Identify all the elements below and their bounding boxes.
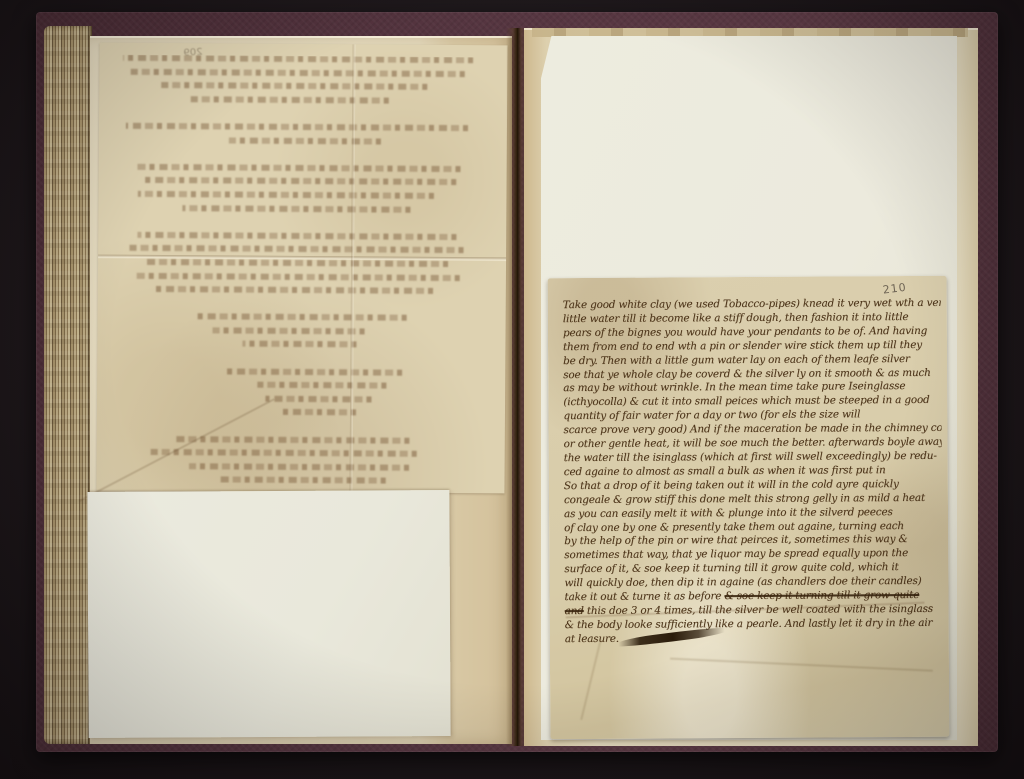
left-page: 209: [90, 36, 512, 744]
bleedthrough-line: [137, 232, 456, 240]
fore-edge-page-stack: [44, 26, 92, 744]
bleedthrough-line: [183, 205, 411, 213]
bleedthrough-line: [280, 409, 356, 416]
bleedthrough-line: [227, 368, 402, 375]
bleedthrough-line: [151, 449, 417, 457]
bleedthrough-line: [123, 55, 473, 63]
bleedthrough-line: [243, 341, 357, 348]
bleedthrough-line: [161, 82, 427, 90]
bleedthrough-line: [152, 286, 433, 294]
pasted-recipe-note: 210 Take good white clay (we used Tobacc…: [548, 276, 950, 739]
bleedthrough-line: [133, 272, 460, 280]
recipe-line: & the body looke sufficiently like a pea…: [565, 617, 943, 633]
bleedthrough-line: [258, 382, 387, 389]
bleedthrough-line: [137, 191, 433, 199]
bleedthrough-line: [129, 245, 463, 253]
bleedthrough-line: [212, 327, 364, 334]
right-page: 210 Take good white clay (we used Tobacc…: [524, 28, 978, 746]
bleedthrough-letter: 209: [96, 43, 507, 494]
bleedthrough-line: [191, 96, 389, 103]
recipe-text: Take good white clay (we used Tobacco-pi…: [563, 297, 944, 731]
bleedthrough-line: [134, 164, 461, 172]
bleedthrough-line: [197, 314, 406, 321]
white-interleaf-sheet: [87, 490, 450, 738]
bleedthrough-line: [219, 477, 386, 484]
folio-number-pencil: 210: [882, 281, 907, 297]
bleedthrough-line: [126, 123, 468, 131]
bleedthrough-line: [145, 177, 457, 185]
bleedthrough-line: [174, 436, 410, 444]
bleedthrough-handwriting: [112, 55, 495, 486]
bleedthrough-line: [229, 137, 381, 144]
recipe-line: (icthyocolla) & cut it into small peices…: [563, 394, 941, 410]
bleedthrough-line: [265, 396, 371, 403]
photograph-of-open-manuscript-book: 209 210 Take good white clay (we used To…: [0, 0, 1024, 779]
bleedthrough-line: [131, 68, 465, 76]
bleedthrough-line: [189, 463, 409, 471]
